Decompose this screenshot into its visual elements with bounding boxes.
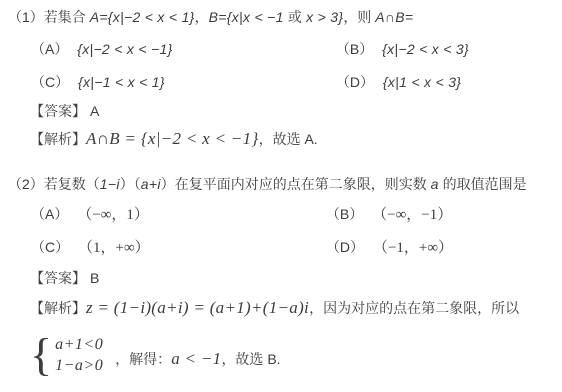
q2-options-row-1: （A） （−∞，1） （B） （−∞，−1）	[31, 205, 452, 225]
question-2-stem: （2）若复数（1−i）（a+i）在复平面内对应的点在第二象限，则实数 a 的取值…	[8, 175, 527, 194]
text-segment: a < −1	[171, 349, 221, 368]
option-label: （D）	[326, 239, 364, 255]
text-segment: 的取值范围是	[439, 176, 527, 192]
q1-option-a: （A） {x|−2 < x < −1}	[31, 40, 332, 59]
system-inequality-2: 1−a>0	[55, 355, 103, 376]
option-label: （A）	[31, 206, 68, 222]
question-1-stem: （1）若集合 A={x|−2 < x < 1}，B={x|x < −1 或 x …	[8, 8, 413, 27]
q1-options-row-2: （C） {x|−1 < x < 1} （D） {x|1 < x < 3}	[31, 73, 461, 92]
text-segment: 【解析】	[30, 131, 86, 147]
q1-option-d: （D） {x|1 < x < 3}	[336, 74, 461, 90]
text-segment: 1−i	[100, 176, 120, 192]
option-label: （C）	[31, 239, 69, 255]
q2-system-line: { a+1<0 1−a>0 ，解得：a < −1，故选 B.	[30, 330, 281, 380]
option-value: {x|−2 < x < 3}	[382, 41, 469, 57]
q2-option-c: （C） （1，+∞）	[31, 238, 322, 258]
q2-option-d: （D） （−1，+∞）	[326, 239, 453, 255]
text-segment: B={x|x < −1	[209, 9, 288, 25]
q2-option-b: （B） （−∞，−1）	[326, 206, 452, 222]
text-segment: z = (1−i)(a+i) = (a+1)+(1−a)i	[86, 298, 309, 317]
q2-option-a: （A） （−∞，1）	[31, 205, 322, 225]
text-segment: A={x|−2 < x < 1}	[90, 9, 195, 25]
option-value: {x|1 < x < 3}	[383, 74, 461, 90]
text-segment: a	[431, 176, 439, 192]
text-segment: x > 3}	[302, 9, 343, 25]
q1-analysis-line: 【解析】A∩B = {x|−2 < x < −1}，故选 A.	[30, 127, 318, 151]
q2-options-row-2: （C） （1，+∞） （D） （−1，+∞）	[31, 238, 453, 258]
option-label: （B）	[336, 41, 373, 57]
q1-answer-line: 【答案】A	[30, 102, 99, 121]
q2-answer-line: 【答案】B	[30, 269, 99, 288]
text-segment: ，因为对应的点在第二象限，所以	[309, 300, 519, 316]
q2-analysis-line: 【解析】z = (1−i)(a+i) = (a+1)+(1−a)i，因为对应的点…	[30, 296, 519, 320]
system-conclusion: ，解得：a < −1，故选 B.	[115, 349, 280, 369]
q1-option-c: （C） {x|−1 < x < 1}	[31, 73, 332, 92]
text-segment: ，	[195, 9, 209, 25]
answer-value: B	[90, 270, 99, 286]
option-value: （−∞，−1）	[372, 207, 452, 223]
option-label: （A）	[31, 41, 68, 57]
q1-option-b: （B） {x|−2 < x < 3}	[336, 41, 469, 57]
option-label: （C）	[31, 74, 69, 90]
text-segment: 或	[288, 9, 302, 25]
text-segment: ，解得：	[115, 351, 171, 367]
text-segment: ，故选 A.	[259, 131, 318, 147]
text-segment: ，则	[343, 9, 375, 25]
text-segment: ）（	[120, 176, 141, 192]
option-value: {x|−1 < x < 1}	[78, 74, 165, 90]
answer-label: 【答案】	[30, 103, 86, 119]
option-value: （−1，+∞）	[373, 240, 453, 256]
exam-solutions-page: （1）若集合 A={x|−2 < x < 1}，B={x|x < −1 或 x …	[0, 0, 562, 392]
q1-options-row-1: （A） {x|−2 < x < −1} （B） {x|−2 < x < 3}	[31, 40, 469, 59]
option-value: （−∞，1）	[77, 207, 149, 223]
text-segment: A∩B = {x|−2 < x < −1}	[86, 129, 259, 148]
text-segment: ，故选 B.	[221, 351, 280, 367]
text-segment: （1）若集合	[8, 9, 90, 25]
text-segment: ）在复平面内对应的点在第二象限，则实数	[161, 176, 431, 192]
option-value: {x|−2 < x < −1}	[77, 41, 172, 57]
text-segment: A∩B=	[375, 9, 413, 25]
answer-label: 【答案】	[30, 270, 86, 286]
left-brace-symbol: {	[30, 330, 52, 380]
text-segment: （2）若复数（	[8, 176, 100, 192]
text-segment: 【解析】	[30, 300, 86, 316]
system-equations: a+1<0 1−a>0	[55, 334, 103, 376]
text-segment: a+i	[141, 176, 161, 192]
answer-value: A	[90, 103, 99, 119]
option-label: （B）	[326, 206, 363, 222]
system-inequality-1: a+1<0	[55, 334, 103, 355]
option-label: （D）	[336, 74, 374, 90]
option-value: （1，+∞）	[78, 240, 150, 256]
